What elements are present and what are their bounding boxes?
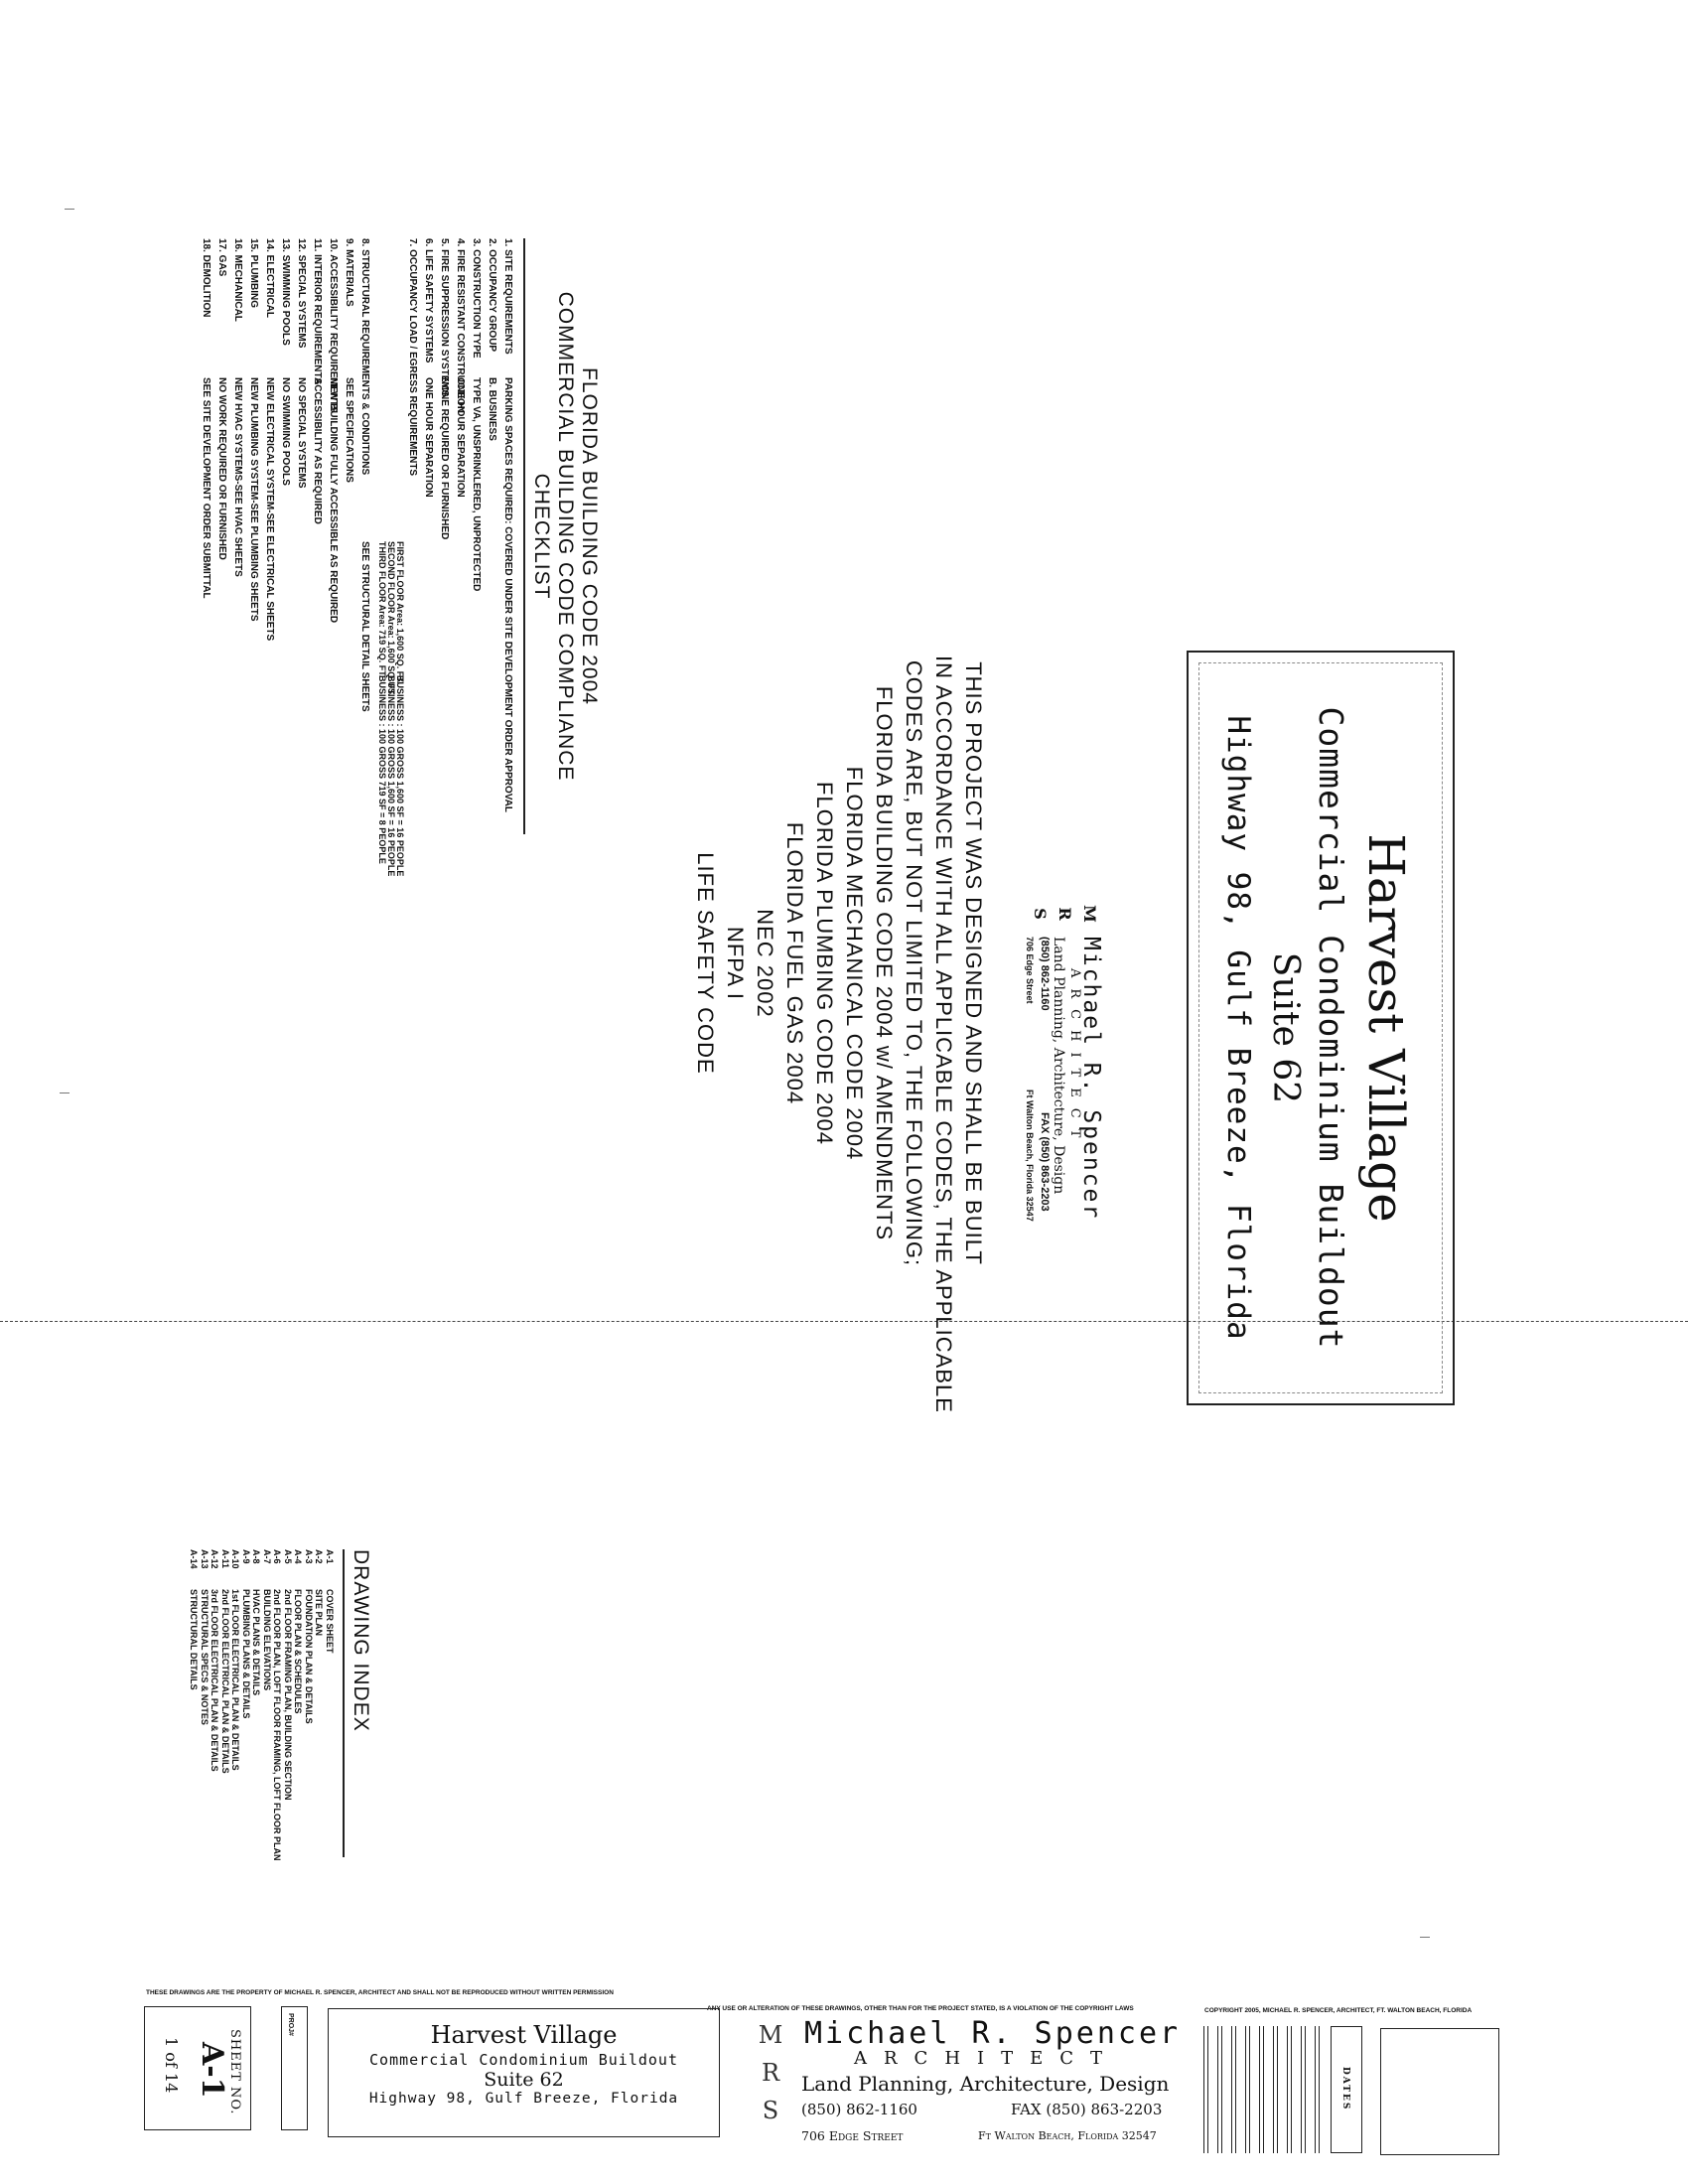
checklist-item-label: 5. FIRE SUPPRESSION SYSTEMS [439,238,450,396]
checklist-item-value: NONE REQUIRED OR FURNISHED [439,377,450,539]
checklist-item-value: ONE HOUR SEPARATION [455,377,466,498]
checklist-item-label: 2. OCCUPANCY GROUP [487,238,497,352]
checklist-item-value: NO SWIMMING POOLS [280,377,291,486]
checklist-item: 8. STRUCTURAL REQUIREMENTS & CONDITIONSS… [354,238,370,874]
drawing-sheet-number: A-1 [325,1549,335,1564]
drawing-sheet-description: 2nd FLOOR ELECTRICAL PLAN & DETAILS [220,1589,230,1774]
drawing-index-item: A-52nd FLOOR FRAMING PLAN, BUILDING SECT… [283,1549,294,1947]
checklist-item-value: NEW HVAC SYSTEMS-SEE HVAC SHEETS [232,377,243,577]
drawing-index-item: A-8HVAC PLANS & DETAILS [251,1549,262,1947]
drawing-sheet-number: A-12 [211,1549,220,1569]
checklist-item: 16. MECHANICALNEW HVAC SYSTEMS-SEE HVAC … [227,238,243,874]
drawing-index-title: DRAWING INDEX [343,1549,372,1857]
checklist-item-label: 6. LIFE SAFETY SYSTEMS [423,238,434,363]
revision-columns [1203,2026,1328,2155]
checklist-item: 15. PLUMBINGNEW PLUMBING SYSTEM-SEE PLUM… [243,238,259,874]
drawing-index-item: A-101st FLOOR ELECTRICAL PLAN & DETAILS [230,1549,241,1947]
occupancy-area: SECOND FLOOR Area: 1,600 SQ. FT. [386,541,395,696]
drawing-index-item: A-14STRUCTURAL DETAILS [189,1549,200,1947]
checklist-item: 17. GASNO WORK REQUIRED OR FURNISHED [211,238,227,874]
checklist-item: 14. ELECTRICALNEW ELECTRICAL SYSTEM-SEE … [259,238,275,874]
cover-title-box: Harvest Village Commercial Condominium B… [1187,651,1455,1405]
statement-line: NEC 2002 [750,655,779,1271]
drawing-sheet-description: FLOOR PLAN & SCHEDULES [294,1589,304,1714]
tb-architect-city: Ft Walton Beach, Florida 32547 [978,2129,1157,2142]
drawing-sheet-description: HVAC PLANS & DETAILS [252,1589,262,1695]
checklist-item-value: PARKING SPACES REQUIRED: COVERED UNDER S… [502,377,513,812]
drawing-sheet-description: STRUCTURAL SPECS & NOTES [200,1589,210,1725]
drawing-sheet-number: A-5 [283,1549,293,1564]
statement-line: LIFE SAFETY CODE [690,655,720,1271]
drawing-index-item: A-123rd FLOOR ELECTRICAL PLAN & DETAILS [210,1549,220,1947]
sheet-no-label: SHEET NO. [227,2029,242,2114]
checklist-item-value: NO SPECIAL SYSTEMS [296,377,307,489]
checklist-item-label: 3. CONSTRUCTION TYPE [471,238,482,359]
checklist-item-value: ACCESSIBILITY AS REQUIRED [312,377,323,524]
drawing-sheet-number: A-3 [304,1549,314,1564]
statement-line: CODES ARE, BUT NOT LIMITED TO, THE FOLLO… [899,655,928,1271]
architect-fax: FAX (850) 863-2203 [1039,1112,1051,1212]
drawing-sheet-description: 3rd FLOOR ELECTRICAL PLAN & DETAILS [211,1589,220,1772]
drawing-sheet-number: A-7 [262,1549,272,1564]
architect-phone: (850) 862-1160 [1039,937,1051,1011]
checklist-title-line1: FLORIDA BUILDING CODE 2004 [577,238,601,834]
checklist-item-label: 13. SWIMMING POOLS [280,238,291,346]
architect-logo-icon: M R S [1025,899,1102,929]
checklist-item: 3. CONSTRUCTION TYPETYPE VA, UNSPRINKLER… [466,238,482,874]
tb-architect-phone: (850) 862-1160 [801,2101,917,2118]
scan-speck [60,1092,70,1096]
sheet-number-box: SHEET NO. A-1 1 of 14 [144,2006,251,2130]
title-block-project: Harvest Village Commercial Condominium B… [328,2008,720,2137]
drawing-index-item: A-62nd FLOOR PLAN, LOFT FLOOR FRAMING, L… [272,1549,283,1947]
drawing-sheet-description: STRUCTURAL DETAILS [190,1589,200,1690]
drawing-index: DRAWING INDEX A-1COVER SHEETA-2SITE PLAN… [189,1549,372,1947]
drawing-sheet-number: A-11 [220,1549,230,1568]
drawing-sheet-number: A-14 [190,1549,200,1569]
checklist-item-label: 11. INTERIOR REQUIREMENTS [312,238,323,384]
tb-architect-name: Michael R. Spencer [804,2016,1181,2051]
drawing-index-item: A-7BUILDING ELEVATIONS [262,1549,273,1947]
checklist-item-value: SEE SITE DEVELOPMENT ORDER SUBMITTAL [201,377,211,599]
drawing-sheet-number: A-8 [252,1549,262,1564]
checklist-item: 5. FIRE SUPPRESSION SYSTEMSNONE REQUIRED… [434,238,450,874]
occupancy-area: FIRST FLOOR Area: 1,600 SQ. FT. [395,541,404,696]
cover-project-title: Harvest Village [1357,653,1415,1403]
drawing-sheet-number: A-10 [231,1549,241,1569]
checklist-item-value: ONE HOUR SEPARATION [423,377,434,498]
checklist-item-value: TYPE VA, UNSPRINKLERED, UNPROTECTED [471,377,482,591]
drawing-sheet-number: A-9 [241,1549,251,1564]
rotated-drawing-sheet: Harvest Village Commercial Condominium B… [0,0,1688,2184]
checklist-item-label: 15. PLUMBING [248,238,259,308]
sheet-count: 1 of 14 [162,2037,181,2093]
drawing-index-item: A-4FLOOR PLAN & SCHEDULES [293,1549,304,1947]
cover-project-subtitle: Commercial Condominium Buildout [1312,653,1350,1403]
statement-line: FLORIDA FUEL GAS 2004 [779,655,809,1271]
tb-suite: Suite 62 [329,2069,719,2091]
checklist-item-label: 9. MATERIALS [344,238,354,307]
checklist-item-value: NEW BUILDING FULLY ACCESSIBLE AS REQUIRE… [328,377,339,623]
drawing-sheet-description: 2nd FLOOR PLAN, LOFT FLOOR FRAMING, LOFT… [273,1589,283,1860]
checklist-item: 13. SWIMMING POOLSNO SWIMMING POOLS [275,238,291,874]
drawing-sheet-description: COVER SHEET [325,1589,335,1654]
drawing-index-item: A-1COVER SHEET [325,1549,336,1947]
checklist-title-line2: COMMERCIAL BUILDING CODE COMPLIANCE CHEC… [523,238,577,834]
dates-label: DATES [1340,2067,1350,2111]
checklist-item: 18. DEMOLITIONSEE SITE DEVELOPMENT ORDER… [196,238,211,874]
checklist-item-label: 14. ELECTRICAL [264,238,275,318]
checklist-item-label: 12. SPECIAL SYSTEMS [296,238,307,348]
checklist-item: 7. OCCUPANCY LOAD / EGRESS REQUIREMENTSF… [384,238,418,874]
project-number-box: PROJ# [281,2006,308,2130]
scan-speck [1420,1937,1430,1941]
drawing-sheet-number: A-4 [294,1549,304,1564]
checklist-item-value: NEW ELECTRICAL SYSTEM-SEE ELECTRICAL SHE… [264,377,275,641]
checklist-item: 12. SPECIAL SYSTEMSNO SPECIAL SYSTEMS [291,238,307,874]
tb-architect-role: ARCHITECT [854,2048,1119,2069]
checklist-item-label: 7. OCCUPANCY LOAD / EGRESS REQUIREMENTS [407,238,418,476]
architect-city: Ft Walton Beach, Florida 32547 [1025,1090,1035,1222]
occupancy-load: BUSINESS : 100 GROSS 1,600 SF = 16 PEOPL… [386,675,395,876]
architect-block: M R S Michael R. Spencer ARCHITECT Land … [1013,899,1102,1227]
occupancy-area: THIRD FLOOR Area: 719 SQ. FT. [377,541,386,696]
checklist-item-value: SEE STRUCTURAL DETAIL SHEETS [359,541,370,712]
violation-notice: ANY USE OR ALTERATION OF THESE DRAWINGS,… [707,2005,1134,2012]
code-compliance-statement: THIS PROJECT WAS DESIGNED AND SHALL BE B… [690,655,988,1271]
proj-label: PROJ# [287,2013,294,2036]
drawing-sheet-description: FOUNDATION PLAN & DETAILS [304,1589,314,1724]
statement-line: IN ACCORDANCE WITH ALL APPLICABLE CODES,… [928,655,958,1271]
drawing-index-item: A-3FOUNDATION PLAN & DETAILS [304,1549,315,1947]
property-notice: THESE DRAWINGS ARE THE PROPERTY OF MICHA… [146,1989,614,1996]
drawing-sheet-description: PLUMBING PLANS & DETAILS [241,1589,251,1718]
copyright-notice: COPYRIGHT 2005, MICHAEL R. SPENCER, ARCH… [1204,2007,1472,2014]
title-block-architect: M R S Michael R. Spencer ARCHITECT Land … [755,2016,1182,2145]
checklist-item-value: B. BUSINESS [487,377,497,441]
checklist-item: 6. LIFE SAFETY SYSTEMSONE HOUR SEPARATIO… [418,238,434,874]
tb-location: Highway 98, Gulf Breeze, Florida [329,2091,719,2107]
drawing-index-item: A-112nd FLOOR ELECTRICAL PLAN & DETAILS [220,1549,231,1947]
dates-box: DATES [1331,2026,1362,2153]
drawing-sheet-description: BUILDING ELEVATIONS [262,1589,272,1690]
tb-architect-street: 706 Edge Street [801,2128,903,2143]
cover-location: Highway 98, Gulf Breeze, Florida [1220,653,1256,1403]
occupancy-load: BUSINESS : 100 GROSS 1,600 SF = 16 PEOPL… [395,675,404,876]
drawing-sheet-description: SITE PLAN [315,1589,325,1636]
cover-suite: Suite 62 [1265,653,1306,1403]
statement-line: NFPA I [720,655,750,1271]
drawing-index-item: A-13STRUCTURAL SPECS & NOTES [200,1549,211,1947]
tb-project-title: Harvest Village [329,2021,719,2049]
statement-line: FLORIDA BUILDING CODE 2004 w/ AMENDMENTS [869,655,899,1271]
checklist-item-label: 1. SITE REQUIREMENTS [502,238,513,355]
statement-line: THIS PROJECT WAS DESIGNED AND SHALL BE B… [958,655,988,1271]
checklist-item-label: 16. MECHANICAL [232,238,243,322]
checklist-item-value: NEW PLUMBING SYSTEM-SEE PLUMBING SHEETS [248,377,259,622]
checklist-item: 10. ACCESSIBILITY REQUIREMENTSNEW BUILDI… [323,238,339,874]
code-compliance-checklist: FLORIDA BUILDING CODE 2004 COMMERCIAL BU… [196,238,601,874]
checklist-item: 4. FIRE RESISTANT CONSTRUCTIONONE HOUR S… [450,238,466,874]
architect-street: 706 Edge Street [1025,937,1035,1004]
drawing-sheet-description: 1st FLOOR ELECTRICAL PLAN & DETAILS [231,1589,241,1771]
seal-box [1380,2028,1499,2155]
checklist-item-label: 18. DEMOLITION [201,238,211,317]
drawing-sheet-number: A-6 [273,1549,283,1564]
architect-tagline: Land Planning, Architecture, Design [1051,937,1066,1194]
drawing-index-item: A-2SITE PLAN [314,1549,325,1947]
tb-project-subtitle: Commercial Condominium Buildout [329,2051,719,2069]
checklist-item-value: NO WORK REQUIRED OR FURNISHED [216,377,227,560]
checklist-item-label: 17. GAS [216,238,227,276]
architect-role: ARCHITECT [1067,968,1082,1148]
drawing-sheet-description: 2nd FLOOR FRAMING PLAN, BUILDING SECTION [283,1589,293,1801]
checklist-item-label: 8. STRUCTURAL REQUIREMENTS & CONDITIONS [359,238,370,475]
checklist-item-value: SEE SPECIFICATIONS [344,377,354,483]
checklist-item: 9. MATERIALSSEE SPECIFICATIONS [339,238,354,874]
drawing-sheet-number: A-2 [315,1549,325,1564]
checklist-item: 11. INTERIOR REQUIREMENTSACCESSIBILITY A… [307,238,323,874]
architect-logo-icon: M R S [755,2016,786,2135]
drawing-index-item: A-9PLUMBING PLANS & DETAILS [241,1549,252,1947]
scan-speck [65,209,74,213]
occupancy-load: BUSINESS : 100 GROSS 719 SF = 8 PEOPLE [377,675,386,876]
drawing-sheet-number: A-13 [200,1549,210,1569]
statement-line: FLORIDA PLUMBING CODE 2004 [809,655,839,1271]
tb-architect-tagline: Land Planning, Architecture, Design [801,2072,1169,2096]
statement-line: FLORIDA MECHANICAL CODE 2004 [839,655,869,1271]
checklist-item: 2. OCCUPANCY GROUPB. BUSINESS [482,238,497,874]
checklist-item: 1. SITE REQUIREMENTSPARKING SPACES REQUI… [497,238,513,874]
sheet-number: A-1 [195,2042,229,2099]
tb-architect-fax: FAX (850) 863-2203 [1011,2101,1162,2118]
